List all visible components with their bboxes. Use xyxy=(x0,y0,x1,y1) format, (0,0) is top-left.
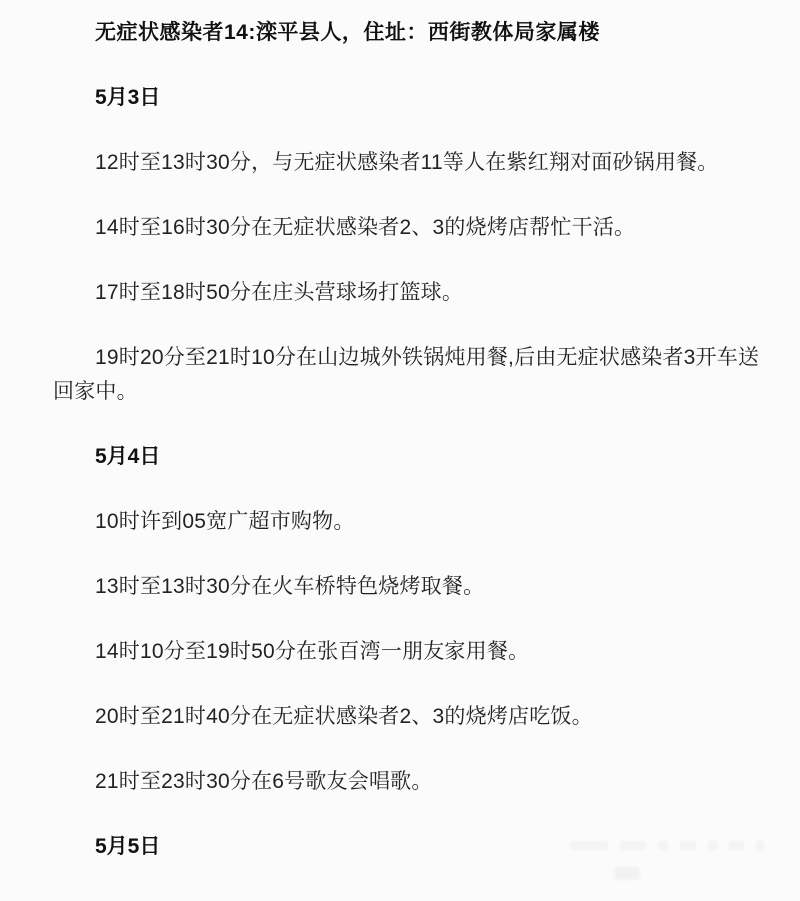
date-heading-may-5: 5月5日 xyxy=(53,830,772,864)
date-heading-may-4: 5月4日 xyxy=(53,440,772,474)
section-may-4: 5月4日 10时许到05宽广超市购物。 13时至13时30分在火车桥特色烧烤取餐… xyxy=(53,440,772,799)
timeline-entry: 10时许到05宽广超市购物。 xyxy=(53,505,772,539)
section-may-5: 5月5日 xyxy=(53,830,772,864)
timeline-entry: 14时至16时30分在无症状感染者2、3的烧烤店帮忙干活。 xyxy=(53,211,772,245)
timeline-entry: 17时至18时50分在庄头营球场打篮球。 xyxy=(53,276,772,310)
timeline-entry: 14时10分至19时50分在张百湾一朋友家用餐。 xyxy=(53,635,772,669)
section-may-3: 5月3日 12时至13时30分，与无症状感染者11等人在紫红翔对面砂锅用餐。 1… xyxy=(53,81,772,409)
document-title: 无症状感染者14:滦平县人，住址：西街教体局家属楼 xyxy=(53,16,772,50)
timeline-entry: 19时20分至21时10分在山边城外铁锅炖用餐,后由无症状感染者3开车送回家中。 xyxy=(53,341,772,409)
date-heading-may-3: 5月3日 xyxy=(53,81,772,115)
timeline-entry: 20时至21时40分在无症状感染者2、3的烧烤店吃饭。 xyxy=(53,700,772,734)
itinerary-document: 无症状感染者14:滦平县人，住址：西街教体局家属楼 5月3日 12时至13时30… xyxy=(0,0,800,864)
timeline-entry: 21时至23时30分在6号歌友会唱歌。 xyxy=(53,765,772,799)
timeline-entry: 12时至13时30分，与无症状感染者11等人在紫红翔对面砂锅用餐。 xyxy=(53,146,772,180)
watermark-smudge-blob xyxy=(614,867,640,880)
timeline-entry: 13时至13时30分在火车桥特色烧烤取餐。 xyxy=(53,570,772,604)
